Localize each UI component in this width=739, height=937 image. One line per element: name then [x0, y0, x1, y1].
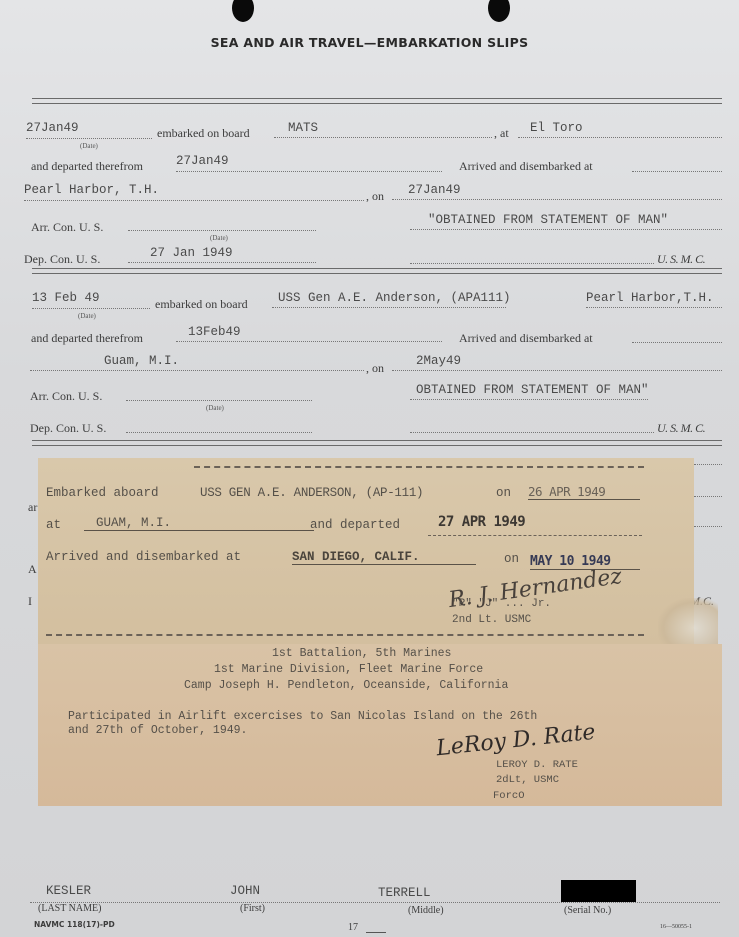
slip1-line2-prefix: at — [46, 518, 61, 532]
slip1-arrive-date-stamp: MAY 10 1949 — [530, 554, 640, 570]
covered-label-fragment: ar — [28, 500, 37, 515]
label-arrived: Arrived and disembarked at — [459, 331, 593, 346]
print-code: 16—50055-1 — [660, 924, 692, 930]
entry-1-vessel: MATS — [274, 121, 492, 138]
name-line — [30, 902, 720, 903]
slip-top-dashed — [194, 466, 644, 468]
date-sublabel: (Date) — [80, 142, 98, 150]
body-line-2: and 27th of October, 1949. — [68, 724, 247, 737]
covered-label-fragment: I — [28, 594, 32, 609]
body-line-1: Participated in Airlift excercises to Sa… — [68, 710, 537, 723]
label-at: , at — [494, 126, 509, 141]
page-number: 17 — [348, 922, 358, 933]
slip1-embark-date-stamp: 26 APR 1949 — [528, 484, 640, 500]
entry-1-date: 27Jan49 — [26, 121, 152, 139]
label-arr-con: Arr. Con. U. S. — [30, 389, 102, 404]
slip-bottom-dashed — [46, 634, 644, 636]
page-number-line — [366, 932, 386, 933]
label-on: , on — [366, 189, 384, 204]
entry-2-arrived-on: 2May49 — [392, 354, 722, 371]
slip2-signature: LeRoy D. Rate — [435, 720, 596, 762]
label-usmc: U. S. M. C. — [657, 421, 705, 436]
label-usmc: U. S. M. C. — [657, 252, 705, 267]
blank-line — [694, 520, 722, 527]
slip1-line1-prefix: Embarked aboard — [46, 486, 159, 500]
serial-number-redaction — [561, 880, 636, 902]
entry-2-dep-con — [126, 415, 312, 433]
date-sublabel: (Date) — [206, 404, 224, 412]
entry-1-at: El Toro — [518, 121, 722, 138]
label-dep-con: Dep. Con. U. S. — [30, 421, 106, 436]
last-name-label: (LAST NAME) — [38, 903, 101, 914]
label-departed: and departed therefrom — [31, 159, 143, 174]
date-sublabel: (Date) — [210, 234, 228, 242]
entry-2-at: Pearl Harbor,T.H. — [586, 291, 722, 308]
entry-1-arrived-at: Pearl Harbor, T.H. — [24, 183, 364, 201]
entry-2-arrived-at: Guam, M.I. — [30, 354, 364, 371]
binder-hole-right — [488, 0, 510, 22]
form-number: NAVMC 118(17)-PD — [34, 920, 115, 929]
slip1-line3-prefix: Arrived and disembarked at — [46, 550, 241, 564]
entry-divider — [32, 268, 722, 274]
label-on: , on — [366, 361, 384, 376]
middle-name-value: TERRELL — [378, 886, 431, 903]
entry-1-arr-con — [128, 213, 316, 231]
first-name-value: JOHN — [230, 884, 260, 901]
slip2-signer-name: LEROY D. RATE — [496, 759, 578, 771]
binder-hole-left — [232, 0, 254, 22]
slip2-signer-unit: ForcO — [493, 790, 525, 802]
slip1-san-diego: SAN DIEGO, CALIF. — [292, 550, 476, 565]
unit-line-3: Camp Joseph H. Pendleton, Oceanside, Cal… — [184, 679, 508, 692]
date-sublabel: (Date) — [78, 312, 96, 320]
form-title: SEA AND AIR TRAVEL—EMBARKATION SLIPS — [0, 35, 739, 50]
slip-dashed-rule — [428, 535, 642, 536]
slip1-signer-name: "R" "J" ... Jr. — [452, 598, 551, 610]
entry-divider — [32, 440, 722, 446]
blank-line — [694, 490, 722, 497]
label-departed: and departed therefrom — [31, 331, 143, 346]
blank-line — [410, 415, 654, 433]
top-rule — [32, 98, 722, 104]
slip1-on: on — [504, 552, 519, 566]
label-embarked: embarked on board — [155, 297, 248, 312]
label-arr-con: Arr. Con. U. S. — [31, 220, 103, 235]
slip1-on: on — [496, 486, 511, 500]
label-dep-con: Dep. Con. U. S. — [24, 252, 100, 267]
slip1-depart-date-stamp: 27 APR 1949 — [438, 514, 525, 530]
label-arrived: Arrived and disembarked at — [459, 159, 593, 174]
blank-line — [632, 154, 722, 172]
entry-1-arrived-on: 27Jan49 — [392, 183, 722, 200]
first-name-label: (First) — [240, 903, 265, 914]
serial-number-label: (Serial No.) — [564, 905, 611, 916]
slip1-vessel: USS GEN A.E. ANDERSON, (AP-111) — [200, 486, 423, 500]
entry-2-remark: OBTAINED FROM STATEMENT OF MAN" — [410, 383, 648, 400]
entry-1-dep-con: 27 Jan 1949 — [128, 246, 316, 263]
entry-2-vessel: USS Gen A.E. Anderson, (APA111) — [272, 291, 506, 308]
entry-1-remark: "OBTAINED FROM STATEMENT OF MAN" — [410, 213, 722, 230]
middle-name-label: (Middle) — [408, 905, 444, 916]
entry-2-departed: 13Feb49 — [176, 325, 442, 342]
unit-line-1: 1st Battalion, 5th Marines — [272, 647, 451, 660]
unit-line-2: 1st Marine Division, Fleet Marine Force — [214, 663, 483, 676]
slip1-line2-mid: and departed — [310, 518, 400, 532]
blank-line — [694, 458, 722, 465]
entry-2-date: 13 Feb 49 — [32, 291, 150, 309]
slip1-guam: GUAM, M.I. — [84, 516, 314, 531]
slip2-signer-rank: 2dLt, USMC — [496, 774, 559, 786]
airlift-endorsement-slip: 1st Battalion, 5th Marines 1st Marine Di… — [38, 644, 722, 806]
blank-line — [410, 246, 654, 264]
slip1-signer-rank: 2nd Lt. USMC — [452, 614, 531, 626]
blank-line — [632, 325, 722, 343]
label-embarked: embarked on board — [157, 126, 250, 141]
entry-2-arr-con — [126, 383, 312, 401]
embarkation-slip-attached: Embarked aboard USS GEN A.E. ANDERSON, (… — [38, 458, 694, 644]
covered-label-fragment: A — [28, 562, 37, 577]
entry-1-departed: 27Jan49 — [176, 154, 442, 172]
paper-tear — [658, 598, 718, 648]
